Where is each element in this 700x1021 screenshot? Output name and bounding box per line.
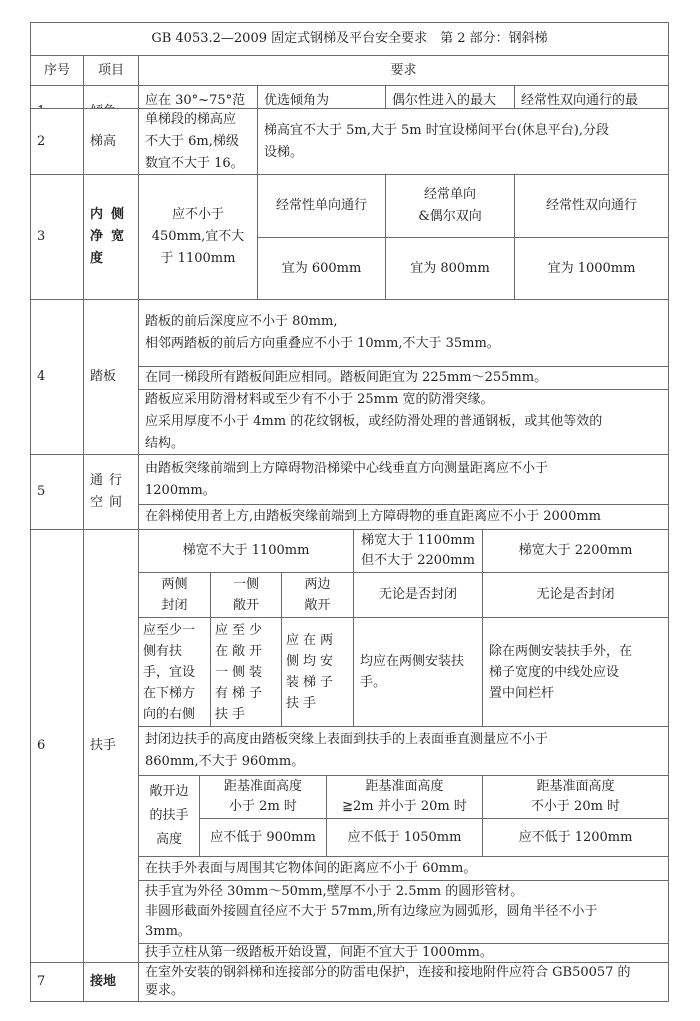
row-4-para-3: 踏板应采用防滑材料或至少有不小于 25mm 宽的防滑突缘。 应采用厚度不小于 4… bbox=[138, 389, 669, 455]
row-3-head-1: 经常性单向通行 bbox=[257, 174, 386, 238]
cell-text: 扶手宜为外径 30mm～50mm,壁厚不小于 2.5mm 的圆形管材。 非圆形截… bbox=[145, 882, 597, 942]
row-7-item: 接地 bbox=[83, 962, 139, 1002]
row-4-para-2: 在同一梯段所有踏板间距应相同。踏板间距宜为 225mm～255mm。 bbox=[138, 366, 669, 390]
row-no: 2 bbox=[37, 131, 45, 153]
row-no: 5 bbox=[37, 481, 45, 503]
cell-text: 应不低于 1200mm bbox=[519, 827, 633, 849]
row-6-posts: 扶手立柱从第一级踏板开始设置，间距不宜大于 1000mm。 bbox=[138, 943, 669, 963]
cell-text: 距基准面高度 小于 2m 时 bbox=[224, 777, 302, 817]
row-6-open-label: 敞开边 的扶手 高度 bbox=[138, 775, 200, 857]
row-no: 6 bbox=[37, 735, 45, 757]
cell-text: 在扶手外表面与周围其它物体间的距离应不小于 60mm。 bbox=[145, 858, 476, 880]
cell-text: 应不低于 1050mm bbox=[348, 827, 462, 849]
cell-text: 应在两 侧均安 装梯子 扶手 bbox=[286, 630, 337, 714]
cell-text: 应至少一 侧有扶 手，宜设 在下梯方 向的右侧 bbox=[143, 620, 195, 725]
table-title: GB 4053.2—2009 固定式钢梯及平台安全要求 第 2 部分：钢斜梯 bbox=[30, 22, 669, 56]
row-7-no: 7 bbox=[30, 962, 84, 1002]
row-no: 4 bbox=[37, 366, 45, 388]
cell-text: 两边 敞开 bbox=[304, 574, 330, 616]
cell-text: 封闭边扶手的高度由踏板突缘上表面到扶手的上表面垂直测量应不小于 860mm,不大… bbox=[145, 729, 548, 773]
row-6-open-value-3: 应不低于 1200mm bbox=[482, 818, 669, 857]
cell-text: 梯宽大于 1100mm 但不大于 2200mm bbox=[361, 531, 475, 571]
row-6-open-head-1: 距基准面高度 小于 2m 时 bbox=[199, 775, 327, 819]
row-5-no: 5 bbox=[30, 454, 84, 530]
row-6-profile: 扶手宜为外径 30mm～50mm,壁厚不小于 2.5mm 的圆形管材。 非圆形截… bbox=[138, 880, 669, 944]
row-6-side-value-1: 应至少一 侧有扶 手，宜设 在下梯方 向的右侧 bbox=[138, 617, 211, 727]
row-6-side-head-4: 无论是否封闭 bbox=[353, 572, 483, 618]
row-5-para-1: 由踏板突缘前端到上方障碍物沿梯梁中心线垂直方向测量距离应不小于 1200mm。 bbox=[138, 454, 669, 505]
row-6-no: 6 bbox=[30, 529, 84, 963]
cell-text: 踏板的前后深度应不小于 80mm, 相邻两踏板的前后方向重叠应不小于 10mm,… bbox=[145, 311, 500, 355]
cell-text: 均应在两侧安装扶 手。 bbox=[360, 651, 464, 693]
header-item-text: 项目 bbox=[98, 60, 124, 82]
cell-text: 应不小于 450mm,宜不大 于 1100mm bbox=[152, 204, 245, 270]
row-no: 7 bbox=[37, 971, 45, 993]
cell-text: 在同一梯段所有踏板间距应相同。踏板间距宜为 225mm～255mm。 bbox=[145, 367, 547, 389]
row-6-clearance: 在扶手外表面与周围其它物体间的距离应不小于 60mm。 bbox=[138, 856, 669, 881]
cell-text: 由踏板突缘前端到上方障碍物沿梯梁中心线垂直方向测量距离应不小于 1200mm。 bbox=[145, 458, 548, 502]
cell-text: 应不低于 900mm bbox=[210, 827, 316, 849]
row-item: 踏板 bbox=[90, 366, 116, 388]
cell-text: 在室外安装的钢斜梯和连接部分的防雷电保护，连接和接地附件应符合 GB50057 … bbox=[145, 964, 631, 1000]
row-5-para-2: 在斜梯使用者上方,由踏板突缘前端到上方障碍物的垂直距离应不小于 2000mm bbox=[138, 504, 669, 530]
cell-text: 无论是否封闭 bbox=[379, 584, 457, 606]
header-no-text: 序号 bbox=[44, 60, 70, 82]
row-6-side-head-3: 两边 敞开 bbox=[281, 572, 354, 618]
cell-text: 距基准面高度 不小于 20m 时 bbox=[531, 777, 620, 817]
cell-text: 经常单向 &偶尔双向 bbox=[418, 184, 482, 228]
cell-text: 除在两侧安装扶手外，在 梯子宽度的中线处应设 置中间栏杆 bbox=[489, 641, 632, 704]
cell-text: 无论是否封闭 bbox=[536, 584, 614, 606]
row-2-cell-2: 梯高宜不大于 5m,大于 5m 时宜设梯间平台(休息平台),分段 设梯。 bbox=[257, 108, 669, 176]
row-item: 梯高 bbox=[90, 131, 116, 153]
row-6-width-head-3: 梯宽大于 2200mm bbox=[482, 529, 669, 573]
row-6-side-value-2: 应至少 在敞开 一侧装 有梯子 扶手 bbox=[210, 617, 282, 727]
row-item: 通行 空间 bbox=[90, 470, 128, 514]
row-6-open-value-2: 应不低于 1050mm bbox=[326, 818, 483, 857]
row-3-item: 内侧 净宽 度 bbox=[83, 174, 139, 300]
header-no: 序号 bbox=[30, 55, 84, 86]
cell-text: 宜为 800mm bbox=[410, 258, 490, 280]
cell-text: 应至少 在敞开 一侧装 有梯子 扶手 bbox=[215, 620, 266, 725]
row-6-width-head-2: 梯宽大于 1100mm 但不大于 2200mm bbox=[353, 529, 483, 573]
row-6-side-value-4: 均应在两侧安装扶 手。 bbox=[353, 617, 483, 727]
row-3-value-1: 宜为 600mm bbox=[257, 237, 386, 300]
cell-text: 距基准面高度 ≧2m 并小于 20m 时 bbox=[342, 777, 467, 817]
row-no: 3 bbox=[37, 226, 45, 248]
cell-text: 梯宽大于 2200mm bbox=[519, 540, 633, 562]
row-3-no: 3 bbox=[30, 174, 84, 300]
cell-text: 一侧 敞开 bbox=[233, 574, 259, 616]
header-item: 项目 bbox=[83, 55, 139, 86]
row-2-item-cell: 梯高 bbox=[83, 108, 139, 176]
cell-text: 扶手立柱从第一级踏板开始设置，间距不宜大于 1000mm。 bbox=[145, 944, 493, 962]
row-3-head-3: 经常性双向通行 bbox=[514, 174, 669, 238]
header-requirement: 要求 bbox=[138, 55, 669, 86]
cell-text: 踏板应采用防滑材料或至少有不小于 25mm 宽的防滑突缘。 应采用厚度不小于 4… bbox=[145, 389, 602, 455]
row-6-open-head-3: 距基准面高度 不小于 20m 时 bbox=[482, 775, 669, 819]
row-6-side-head-2: 一侧 敞开 bbox=[210, 572, 282, 618]
row-item: 接地 bbox=[90, 971, 116, 993]
row-6-closed-height: 封闭边扶手的高度由踏板突缘上表面到扶手的上表面垂直测量应不小于 860mm,不大… bbox=[138, 726, 669, 776]
row-6-side-value-5: 除在两侧安装扶手外，在 梯子宽度的中线处应设 置中间栏杆 bbox=[482, 617, 669, 727]
cell-text: 宜为 600mm bbox=[282, 258, 362, 280]
row-3-value-2: 宜为 800mm bbox=[385, 237, 515, 300]
row-6-side-value-3: 应在两 侧均安 装梯子 扶手 bbox=[281, 617, 354, 727]
row-6-side-head-5: 无论是否封闭 bbox=[482, 572, 669, 618]
row-7-text: 在室外安装的钢斜梯和连接部分的防雷电保护，连接和接地附件应符合 GB50057 … bbox=[138, 962, 669, 1002]
row-item: 扶手 bbox=[90, 735, 116, 757]
row-4-item: 踏板 bbox=[83, 299, 139, 455]
cell-text: 经常性双向通行 bbox=[546, 195, 637, 217]
row-3-main: 应不小于 450mm,宜不大 于 1100mm bbox=[138, 174, 258, 300]
row-2-cell-1: 单梯段的梯高应 不大于 6m,梯级 数宜不大于 16。 bbox=[138, 108, 258, 176]
row-5-item: 通行 空间 bbox=[83, 454, 139, 530]
row-6-width-head-1: 梯宽不大于 1100mm bbox=[138, 529, 354, 573]
title-text: GB 4053.2—2009 固定式钢梯及平台安全要求 第 2 部分：钢斜梯 bbox=[151, 28, 547, 50]
cell-text: 梯宽不大于 1100mm bbox=[183, 540, 310, 562]
cell-text: 敞开边 的扶手 高度 bbox=[149, 780, 188, 852]
cell-text: 梯高宜不大于 5m,大于 5m 时宜设梯间平台(休息平台),分段 设梯。 bbox=[264, 120, 609, 164]
cell-text: 单梯段的梯高应 不大于 6m,梯级 数宜不大于 16。 bbox=[145, 109, 244, 175]
header-req-text: 要求 bbox=[390, 60, 416, 82]
row-4-para-1: 踏板的前后深度应不小于 80mm, 相邻两踏板的前后方向重叠应不小于 10mm,… bbox=[138, 299, 669, 367]
row-6-open-value-1: 应不低于 900mm bbox=[199, 818, 327, 857]
cell-text: 在斜梯使用者上方,由踏板突缘前端到上方障碍物的垂直距离应不小于 2000mm bbox=[145, 506, 601, 528]
cell-text: 宜为 1000mm bbox=[548, 258, 636, 280]
cell-text: 经常性单向通行 bbox=[276, 195, 367, 217]
row-4-no: 4 bbox=[30, 299, 84, 455]
row-3-head-2: 经常单向 &偶尔双向 bbox=[385, 174, 515, 238]
row-3-value-3: 宜为 1000mm bbox=[514, 237, 669, 300]
cell-text: 两侧 封闭 bbox=[161, 574, 187, 616]
row-6-side-head-1: 两侧 封闭 bbox=[138, 572, 211, 618]
row-2-no-cell: 2 bbox=[30, 108, 84, 176]
row-6-item: 扶手 bbox=[83, 529, 139, 963]
row-6-open-head-2: 距基准面高度 ≧2m 并小于 20m 时 bbox=[326, 775, 483, 819]
row-item: 内侧 净宽 度 bbox=[90, 204, 132, 270]
